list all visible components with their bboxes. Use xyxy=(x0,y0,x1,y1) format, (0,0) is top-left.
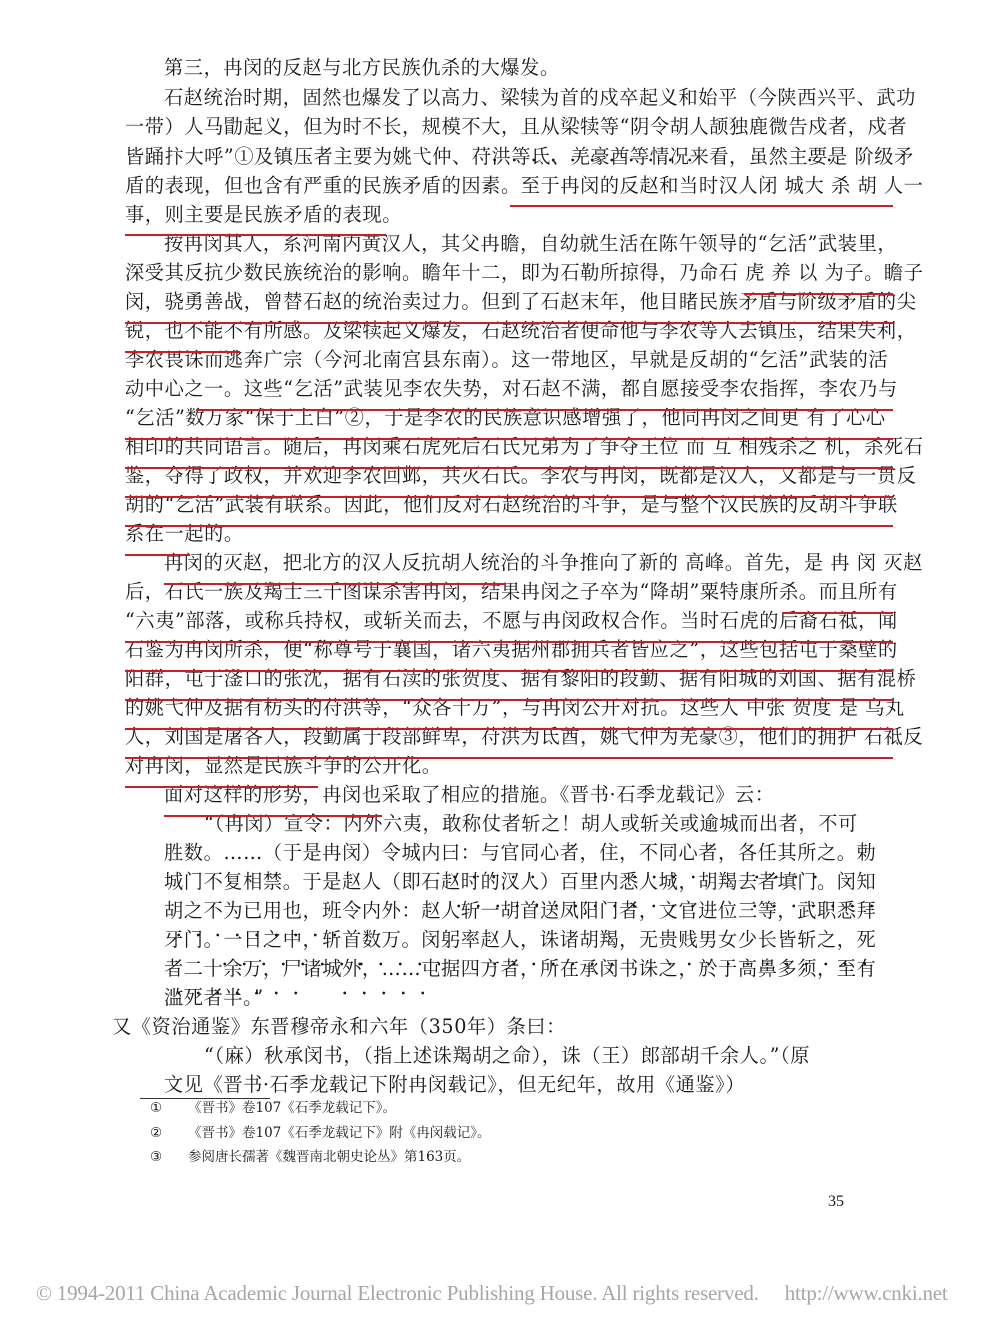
text-line: 深受其反抗少数民族统治的影响。瞻年十二，即为石勒所掠得，乃命石 虎 养 以 为子… xyxy=(125,261,924,285)
text-line: 滥死者半。” xyxy=(164,986,264,1010)
page-number: 35 xyxy=(828,1193,844,1211)
red-underline xyxy=(125,728,893,730)
footer-url[interactable]: http://www.cnki.net xyxy=(785,1281,948,1305)
red-underline xyxy=(125,322,893,324)
footnote-text: 参阅唐长孺著《魏晋南北朝史论丛》第163页。 xyxy=(188,1149,470,1165)
red-underline xyxy=(164,815,382,817)
emphasis-dot-run xyxy=(210,962,440,966)
footnote: ③参阅唐长孺著《魏晋南北朝史论丛》第163页。 xyxy=(150,1148,470,1166)
footnote-number: ③ xyxy=(150,1148,188,1166)
red-underline xyxy=(125,670,893,672)
emphasis-dot-run xyxy=(742,875,820,879)
emphasis-dot-run xyxy=(440,875,545,879)
footnote-number: ① xyxy=(150,1099,188,1117)
red-underline xyxy=(196,409,893,411)
text-line: 石赵统治时期，固然也爆发了以高力、梁犊为首的戍卒起义和始平（今陕西兴平、武功 xyxy=(164,86,916,110)
text-line: 皆踊抃大呼”①及镇压者主要为姚弋仲、苻洪等氐、羌豪酋等情况来看，虽然主要是 阶级… xyxy=(125,145,914,169)
text-line: 又《资治通鉴》东晋穆帝永和六年（350年）条曰： xyxy=(112,1015,566,1039)
red-underline xyxy=(782,612,893,614)
copyright-text: © 1994-2011 China Academic Journal Elect… xyxy=(36,1281,759,1305)
text-line: 胜数。……（于是冉闵）令城内曰：与官同心者，住，不同心者，各任其所之。勅 xyxy=(164,841,876,865)
emphasis-dot-run xyxy=(444,904,700,908)
text-line: 牙门。一日之中，斩首数万。闵躬率赵人，诛诸胡羯，无贵贱男女少长皆斩之，死 xyxy=(164,928,876,952)
footnote: ①《晋书》卷107《石季龙载记下》。 xyxy=(150,1099,396,1117)
red-underline xyxy=(125,554,190,556)
text-line: 者二十余万，尸诸城外，……屯据四方者，所在承闵书诛之，於于高鼻多须，至有 xyxy=(164,957,876,981)
emphasis-dot-run xyxy=(480,158,695,162)
text-line: 胡之不为已用也，班令内外：赵人斩一胡首送凤阳门者，文官进位三等，武职悉拜 xyxy=(164,899,876,923)
text-line: “（麻）秋承闵书，（指上述诛羯胡之命），诛（王）郎部胡千余人。”（原 xyxy=(204,1044,810,1068)
emphasis-dot-run xyxy=(655,962,875,966)
red-underline xyxy=(125,525,893,527)
footnote-number: ② xyxy=(150,1124,188,1142)
red-underline xyxy=(125,234,386,236)
text-line: 动中心之一。这些“乞活”武装见李农失势，对石赵不满，都自愿接受李农指挥，李农乃与 xyxy=(125,377,898,401)
emphasis-dot-run xyxy=(795,158,845,162)
red-underline xyxy=(125,641,893,643)
emphasis-dot-run xyxy=(330,991,440,995)
footnote-text: 《晋书》卷107《石季龙载记下》。 xyxy=(188,1100,396,1116)
emphasis-dot-run xyxy=(164,933,345,937)
text-line: 一带）人马勖起义，但为时不长，规模不大，且从梁犊等“阴令胡人颉独鹿微告戍者，戍者 xyxy=(125,115,907,139)
red-underline xyxy=(125,351,240,353)
footnote-text: 《晋书》卷107《石季龙载记下》附《冉闵载记》。 xyxy=(188,1125,491,1141)
red-underline xyxy=(510,205,893,207)
footnote: ②《晋书》卷107《石季龙载记下》附《冉闵载记》。 xyxy=(150,1124,491,1142)
copyright-footer: © 1994-2011 China Academic Journal Elect… xyxy=(36,1281,948,1306)
text-line: 第三，冉闵的反赵与北方民族仇杀的大爆发。 xyxy=(164,56,560,80)
red-underline xyxy=(125,438,893,440)
red-underline xyxy=(125,467,893,469)
red-underline xyxy=(125,786,318,788)
emphasis-dot-run xyxy=(164,991,300,995)
text-line: 事，则主要是民族矛盾的表现。 xyxy=(125,203,402,227)
red-underline xyxy=(164,583,506,585)
red-underline xyxy=(744,293,893,295)
emphasis-dot-run xyxy=(620,875,700,879)
emphasis-dot-run xyxy=(480,962,625,966)
text-line: 盾的表现，但也含有严重的民族矛盾的因素。至于冉闵的反赵和当时汉人闭 城大 杀 胡… xyxy=(125,174,924,198)
red-underline xyxy=(125,496,893,498)
emphasis-dot-run xyxy=(740,904,880,908)
text-line: 城门不复相禁。于是赵人（即石赵时的汉人）百里内悉人城，胡羯去者填门。闵知 xyxy=(164,870,876,894)
text-line: 冉闵的灭赵，把北方的汉人反抗胡人统治的斗争推向了新的 高峰。首先，是 冉 闵 灭… xyxy=(164,551,923,575)
text-line: 文见《晋书·石季龙载记下附冉闵载记》，但无纪年，故用《通鉴》） xyxy=(164,1073,745,1097)
red-underline xyxy=(125,699,893,701)
red-underline xyxy=(125,757,893,759)
emphasis-dot-run xyxy=(580,875,600,879)
